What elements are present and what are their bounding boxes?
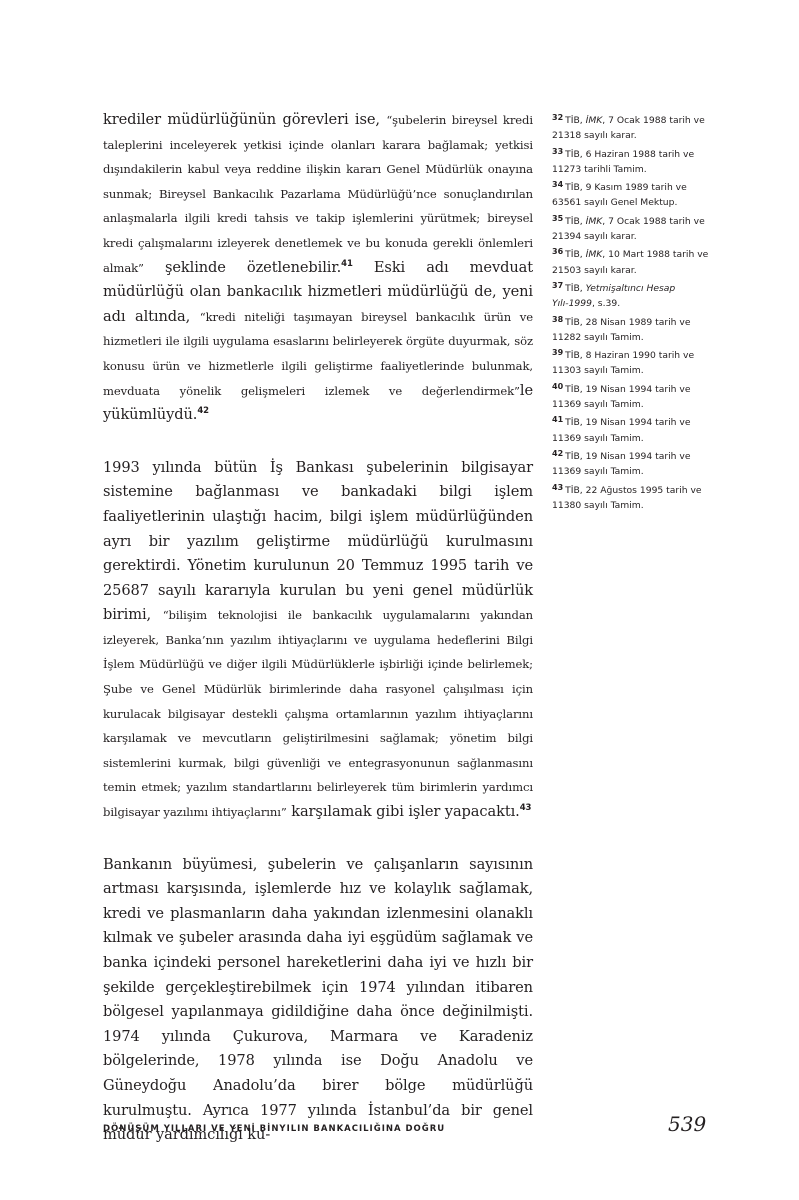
paragraph: 1993 yılında bütün İş Bankası şubelerini…	[103, 456, 533, 825]
page-number: 539	[668, 1112, 704, 1136]
footnote: 41TİB, 19 Nisan 1994 tarih ve 11369 sayı…	[552, 412, 712, 446]
footnote-source-title: İMK	[586, 216, 603, 227]
quoted-text: “şubelerin bireysel kredi taleplerini in…	[103, 113, 533, 275]
footnote: 40TİB, 19 Nisan 1994 tarih ve 11369 sayı…	[552, 379, 712, 413]
footnote-text: TİB,	[565, 249, 585, 260]
footnote-text: TİB,	[565, 115, 585, 126]
footnote-text: TİB, 6 Haziran 1988 tarih ve 11273 tarih…	[552, 149, 694, 175]
footnote-text: TİB, 19 Nisan 1994 tarih ve 11369 sayılı…	[552, 417, 691, 443]
footnote-source-title: İMK	[586, 115, 603, 126]
footnote-text: TİB, 9 Kasım 1989 tarih ve 63561 sayılı …	[552, 182, 687, 208]
footnote: 43TİB, 22 Ağustos 1995 tarih ve 11380 sa…	[552, 480, 712, 514]
footnote-number: 42	[552, 449, 563, 458]
footnote-ref[interactable]: 41	[341, 259, 353, 269]
footnote: 32TİB, İMK, 7 Ocak 1988 tarih ve 21318 s…	[552, 110, 712, 144]
body-text: Bankanın büyümesi, şubelerin ve çalışanl…	[103, 856, 533, 1144]
footnote-text: TİB, 19 Nisan 1994 tarih ve 11369 sayılı…	[552, 384, 691, 410]
footnote-number: 38	[552, 315, 563, 324]
footnote: 35TİB, İMK, 7 Ocak 1988 tarih ve 21394 s…	[552, 211, 712, 245]
footnote: 39TİB, 8 Haziran 1990 tarih ve 11303 say…	[552, 345, 712, 379]
footnote-number: 43	[552, 483, 563, 492]
paragraph: krediler müdürlüğünün görevleri ise, “şu…	[103, 108, 533, 428]
footnote-number: 33	[552, 147, 563, 156]
footnote: 36TİB, İMK, 10 Mart 1988 tarih ve 21503 …	[552, 244, 712, 278]
main-text-column: krediler müdürlüğünün görevleri ise, “şu…	[103, 108, 533, 1176]
footnote-text: TİB, 8 Haziran 1990 tarih ve 11303 sayıl…	[552, 350, 694, 376]
footnote: 38TİB, 28 Nisan 1989 tarih ve 11282 sayı…	[552, 312, 712, 346]
footnote: 37TİB, Yetmişaltıncı Hesap Yılı-1999, s.…	[552, 278, 712, 312]
footnote-number: 37	[552, 281, 563, 290]
footnote: 42TİB, 19 Nisan 1994 tarih ve 11369 sayı…	[552, 446, 712, 480]
quoted-text: “bilişim teknolojisi ile bankacılık uygu…	[103, 608, 533, 819]
footnote-ref[interactable]: 43	[520, 803, 532, 813]
footnote-text: TİB, 22 Ağustos 1995 tarih ve 11380 sayı…	[552, 485, 702, 511]
body-text: 1993 yılında bütün İş Bankası şubelerini…	[103, 459, 533, 624]
body-text: karşılamak gibi işler yapacaktı.	[287, 803, 520, 820]
footnote-text: TİB,	[565, 283, 585, 294]
body-text: krediler müdürlüğünün görevleri ise,	[103, 111, 386, 128]
footnote-number: 32	[552, 113, 563, 122]
paragraph: Bankanın büyümesi, şubelerin ve çalışanl…	[103, 853, 533, 1148]
footnote-source-title: İMK	[586, 249, 603, 260]
footnote-number: 39	[552, 348, 563, 357]
body-text: şeklinde özetlenebilir.	[144, 259, 341, 276]
footnotes-column: 32TİB, İMK, 7 Ocak 1988 tarih ve 21318 s…	[552, 110, 712, 513]
footnote-text: , s.39.	[592, 298, 620, 309]
footnote-ref[interactable]: 42	[197, 406, 209, 416]
footnote-text: TİB,	[565, 216, 585, 227]
footnote-text: TİB, 28 Nisan 1989 tarih ve 11282 sayılı…	[552, 317, 691, 343]
footnote-number: 36	[552, 247, 563, 256]
running-title: DÖNÜŞÜM YILLARI VE YENİ BİNYILIN BANKACI…	[103, 1124, 703, 1134]
footnote-number: 35	[552, 214, 563, 223]
footnote-number: 40	[552, 382, 563, 391]
footnote-text: TİB, 19 Nisan 1994 tarih ve 11369 sayılı…	[552, 451, 691, 477]
footnote-number: 41	[552, 415, 563, 424]
footnote-number: 34	[552, 180, 563, 189]
footnote: 34TİB, 9 Kasım 1989 tarih ve 63561 sayıl…	[552, 177, 712, 211]
footnote: 33TİB, 6 Haziran 1988 tarih ve 11273 tar…	[552, 144, 712, 178]
